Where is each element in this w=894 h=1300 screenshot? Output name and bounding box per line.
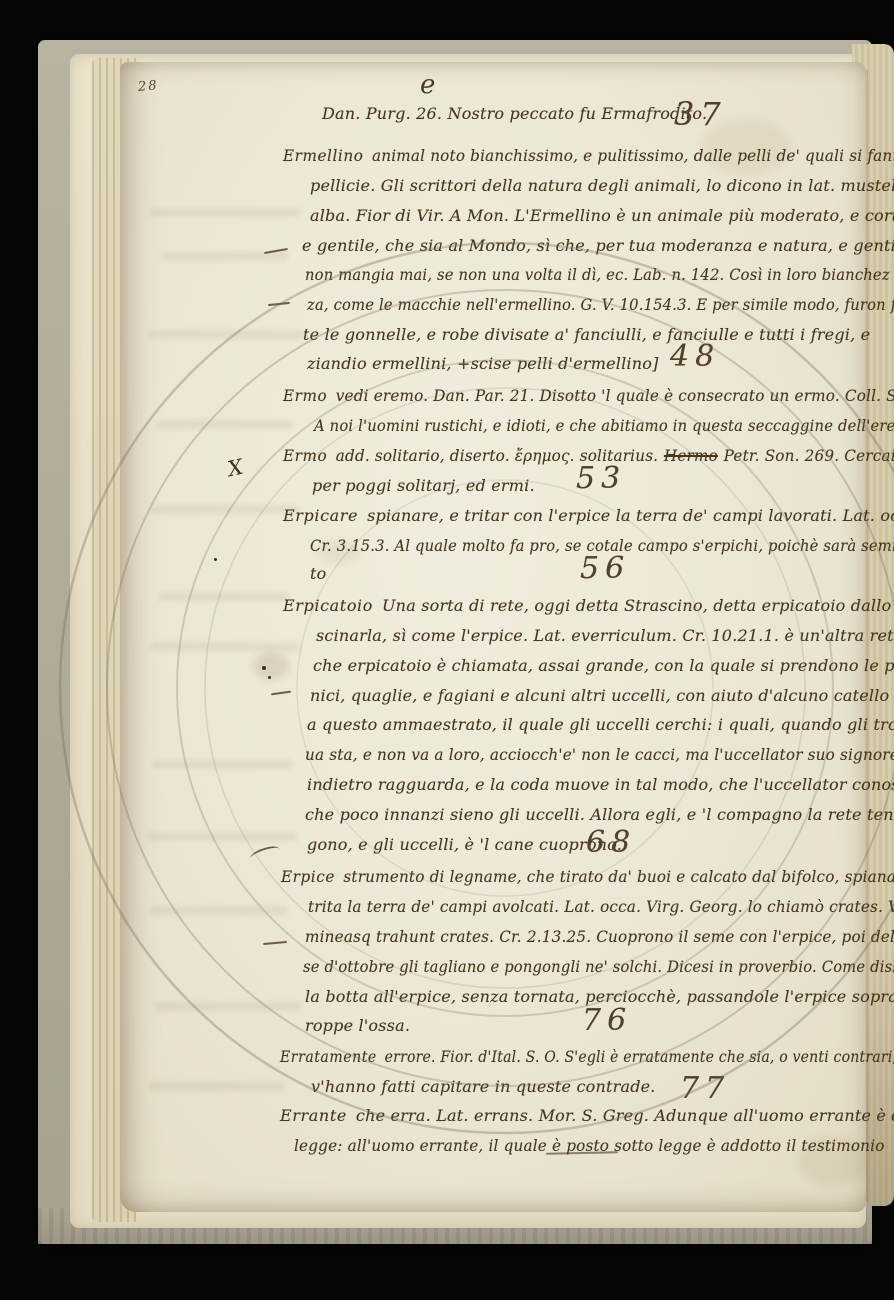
entry-line: Ermovedi eremo. Dan. Par. 21. Disotto 'l…: [283, 386, 894, 405]
entry-term-erpicatoio: Erpicatoio: [283, 596, 373, 615]
tally-number: 76: [582, 1006, 632, 1036]
entry-line: ziandio ermellini, +scise pelli d'ermell…: [307, 354, 659, 373]
bleedthrough-line: [156, 420, 294, 429]
tally-number: 68: [586, 828, 636, 858]
entry-line: che erpicatoio è chiamata, assai grande,…: [313, 656, 894, 675]
entry-term-errante: Errante: [280, 1106, 347, 1125]
entry-text: Petr. Son. 269. Cercai: [724, 446, 894, 465]
entry-term-ermellino: Ermellino: [283, 146, 363, 165]
entry-line: pellicie. Gli scrittori della natura deg…: [310, 176, 894, 195]
entry-line: v'hanno fatti capitare in queste contrad…: [311, 1077, 656, 1096]
paper-stain: [253, 652, 289, 680]
bleedthrough-line: [150, 505, 300, 514]
entry-term-erpicare: Erpicare: [283, 506, 358, 525]
entry-term-erpice: Erpice: [281, 867, 335, 886]
entry-line: a questo ammaestrato, il quale gli uccel…: [307, 715, 894, 734]
bleedthrough-line: [148, 330, 306, 339]
entry-line: che poco innanzi sieno gli uccelli. Allo…: [305, 805, 894, 824]
entry-line: Erpicestrumento di legname, che tirato d…: [281, 867, 894, 886]
bleedthrough-line: [150, 642, 300, 651]
bleedthrough-line: [154, 1002, 302, 1011]
entry-line: Erranteche erra. Lat. errans. Mor. S. Gr…: [280, 1106, 894, 1125]
entry-line: per poggi solitarj, ed ermi.: [312, 476, 535, 495]
tally-number: 77: [680, 1074, 730, 1104]
folio-number: 28: [137, 79, 159, 94]
entry-line: to: [310, 564, 326, 583]
entry-line: mineasq trahunt crates. Cr. 2.13.25. Cuo…: [305, 927, 894, 946]
entry-line: alba. Fior di Vir. A Mon. L'Ermellino è …: [310, 206, 894, 225]
entry-term-erratamente: Erratamente: [280, 1047, 377, 1066]
entry-line: gono, e gli uccelli, è 'l cane cuoprono.: [307, 835, 622, 854]
tally-number: 48: [670, 342, 720, 372]
entry-line: ErpicatoioUna sorta di rete, oggi detta …: [283, 596, 894, 615]
entry-line: nici, quaglie, e fagiani e alcuni altri …: [310, 686, 889, 705]
entry-line: indietro ragguarda, e la coda muove in t…: [307, 775, 894, 794]
entry-line: roppe l'ossa.: [305, 1016, 410, 1035]
manuscript-photo: 28 e Dan. Purg. 26. Nostro peccato fu Er…: [0, 0, 894, 1300]
entry-text: Una sorta di rete, oggi detta Strascino,…: [382, 596, 894, 615]
bleedthrough-line: [150, 1082, 286, 1091]
entry-term-ermo: Ermo: [283, 386, 327, 405]
header-citation: Dan. Purg. 26. Nostro peccato fu Ermafro…: [322, 104, 707, 123]
entry-term-ermo-add: Ermo: [283, 446, 327, 465]
entry-text: animal noto bianchissimo, e pulitissimo,…: [372, 146, 894, 165]
entry-line: te le gonnelle, e robe divisate a' fanci…: [303, 325, 870, 344]
bleedthrough-line: [150, 208, 300, 217]
entry-line: scinarla, sì come l'erpice. Lat. everric…: [316, 626, 894, 645]
entry-line: ua sta, e non va a loro, acciocch'e' non…: [305, 745, 894, 764]
bleedthrough-line: [148, 832, 298, 841]
entry-line: Ermellinoanimal noto bianchissimo, e pul…: [283, 146, 894, 165]
entry-text: strumento di legname, che tirato da' buo…: [343, 867, 894, 886]
bleedthrough-line: [150, 906, 288, 915]
ink-speck: [262, 666, 266, 670]
entry-line: za, come le macchie nell'ermellino. G. V…: [307, 295, 894, 314]
section-letter-header: e: [420, 72, 435, 98]
entry-text: che erra. Lat. errans. Mor. S. Greg. Adu…: [356, 1106, 894, 1125]
tally-number: 56: [580, 554, 630, 584]
tally-number: 53: [576, 464, 626, 494]
entry-line: trita la terra de' campi avolcati. Lat. …: [308, 897, 894, 916]
entry-line: A noi l'uomini rustichi, e idioti, e che…: [314, 416, 894, 435]
entry-line: non mangia mai, se non una volta il dì, …: [305, 265, 890, 284]
ink-speck: [268, 676, 271, 679]
tally-number: 37: [674, 98, 727, 130]
struck-word: Hermo: [664, 446, 718, 465]
entry-line: Erpicarespianare, e tritar con l'erpice …: [283, 506, 894, 525]
entry-text: vedi eremo. Dan. Par. 21. Disotto 'l qua…: [336, 386, 894, 405]
bleedthrough-line: [152, 760, 292, 769]
entry-text: errore. Fior. d'Ital. S. O. S'egli è err…: [385, 1047, 894, 1066]
entry-line: Erratamenteerrore. Fior. d'Ital. S. O. S…: [280, 1047, 894, 1066]
bleedthrough-line: [160, 252, 288, 261]
entry-line: se d'ottobre gli tagliano e pongongli ne…: [303, 957, 894, 976]
entry-line: e gentile, che sia al Mondo, sì che, per…: [302, 236, 894, 255]
entry-text: spianare, e tritar con l'erpice la terra…: [367, 506, 894, 525]
ink-speck: [214, 558, 217, 561]
bleedthrough-line: [158, 592, 290, 601]
